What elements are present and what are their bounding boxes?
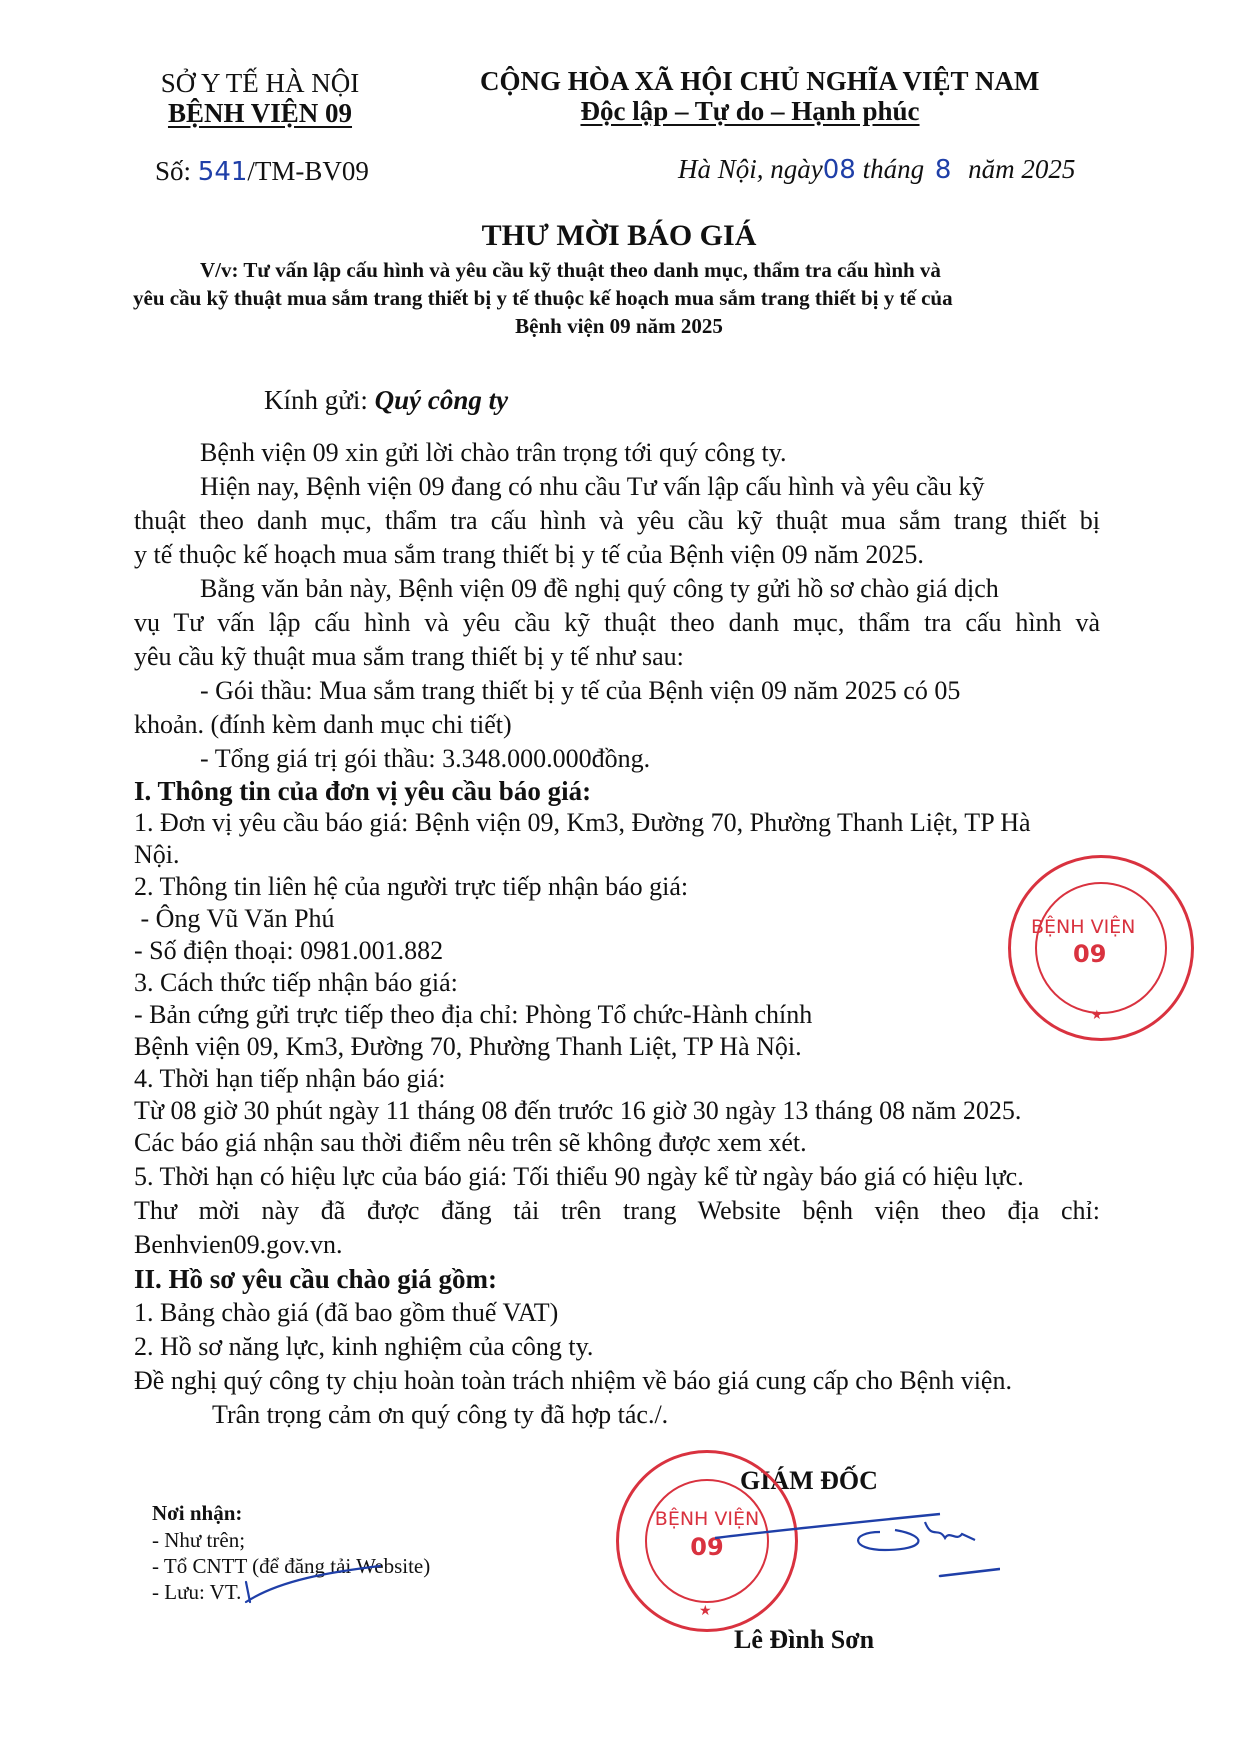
body-line: vụ Tư vấn lập cấu hình và yêu cầu kỹ thu… xyxy=(134,606,1100,640)
subject-line-1: V/v: Tư vấn lập cấu hình và yêu cầu kỹ t… xyxy=(200,256,941,284)
signature-scribble-icon xyxy=(700,1510,1000,1590)
date-month-handwritten: 8 xyxy=(935,155,952,185)
document-title: THƯ MỜI BÁO GIÁ xyxy=(0,218,1238,254)
section-1-line: Các báo giá nhận sau thời điểm nêu trên … xyxy=(134,1126,807,1160)
margin-seal-star-icon: ★ xyxy=(1091,1008,1103,1023)
section-1-line: 4. Thời hạn tiếp nhận báo giá: xyxy=(134,1062,445,1096)
section-2-heading: II. Hồ sơ yêu cầu chào giá gồm: xyxy=(134,1262,497,1296)
section-1-line: 2. Thông tin liên hệ của người trực tiếp… xyxy=(134,870,688,904)
recipients-heading: Nơi nhận: xyxy=(152,1500,242,1526)
subject-line-3: Bệnh viện 09 năm 2025 xyxy=(0,312,1238,340)
section-1-line: 3. Cách thức tiếp nhận báo giá: xyxy=(134,966,458,1000)
salutation-recipient: Quý công ty xyxy=(375,385,508,415)
national-motto-text: Độc lập – Tự do – Hạnh phúc xyxy=(580,96,919,126)
section-1-heading: I. Thông tin của đơn vị yêu cầu báo giá: xyxy=(134,774,591,808)
recipient-item: - Như trên; xyxy=(152,1527,245,1553)
body-line: Hiện nay, Bệnh viện 09 đang có nhu cầu T… xyxy=(200,470,984,504)
section-1-line: Từ 08 giờ 30 phút ngày 11 tháng 08 đến t… xyxy=(134,1094,1021,1128)
handwritten-mark-icon xyxy=(240,1560,400,1610)
section-1-line: Nội. xyxy=(134,838,180,872)
agency-name: SỞ Y TẾ HÀ NỘI xyxy=(150,66,370,100)
document-number-handwritten: 541 xyxy=(198,157,248,187)
document-number-suffix: /TM-BV09 xyxy=(247,156,369,186)
hospital-name-text: BỆNH VIỆN 09 xyxy=(168,98,352,128)
salutation: Kính gửi: Quý công ty xyxy=(264,383,508,417)
website-link[interactable]: Benhvien09.gov.vn. xyxy=(134,1228,342,1262)
stamp-star-icon: ★ xyxy=(699,1603,712,1619)
body-line: khoản. (đính kèm danh mục chi tiết) xyxy=(134,708,512,742)
margin-seal-text-2: 09 xyxy=(1073,940,1106,968)
section-1-line: 5. Thời hạn có hiệu lực của báo giá: Tối… xyxy=(134,1160,1024,1194)
section-2-line: 2. Hồ sơ năng lực, kinh nghiệm của công … xyxy=(134,1330,593,1364)
recipient-item: - Lưu: VT. xyxy=(152,1579,241,1605)
body-line: Bệnh viện 09 xin gửi lời chào trân trọng… xyxy=(200,436,787,470)
nation-title: CỘNG HÒA XÃ HỘI CHỦ NGHĨA VIỆT NAM xyxy=(480,64,1020,98)
section-1-line: Thư mời này đã được đăng tải trên trang … xyxy=(134,1194,1100,1228)
section-2-line: 1. Bảng chào giá (đã bao gồm thuế VAT) xyxy=(134,1296,558,1330)
section-2-line: Đề nghị quý công ty chịu hoàn toàn trách… xyxy=(134,1364,1012,1398)
section-1-line: - Bản cứng gửi trực tiếp theo địa chỉ: P… xyxy=(134,998,812,1032)
signer-name: Lê Đình Sơn xyxy=(734,1624,874,1656)
section-1-line: 1. Đơn vị yêu cầu báo giá: Bệnh viện 09,… xyxy=(134,806,1031,840)
body-line: - Tổng giá trị gói thầu: 3.348.000.000đồ… xyxy=(200,742,650,776)
date-day-handwritten: 08 xyxy=(823,155,856,185)
margin-seal-text-1: BỆNH VIỆN xyxy=(1031,916,1135,938)
national-motto: Độc lập – Tự do – Hạnh phúc xyxy=(480,94,1020,128)
body-line: y tế thuộc kế hoạch mua sắm trang thiết … xyxy=(134,538,924,572)
body-line: thuật theo danh mục, thẩm tra cấu hình v… xyxy=(134,504,1100,538)
body-line: Bằng văn bản này, Bệnh viện 09 đề nghị q… xyxy=(200,572,999,606)
date-prefix: Hà Nội, ngày xyxy=(678,154,823,184)
body-line: yêu cầu kỹ thuật mua sắm trang thiết bị … xyxy=(134,640,684,674)
subject-line-2: yêu cầu kỹ thuật mua sắm trang thiết bị … xyxy=(133,284,953,312)
closing-line: Trân trọng cảm ơn quý công ty đã hợp tác… xyxy=(212,1398,668,1432)
contact-phone: - Số điện thoại: 0981.001.882 xyxy=(134,934,443,968)
date-month-label: tháng xyxy=(863,154,925,184)
date-year: năm 2025 xyxy=(968,154,1075,184)
margin-seal-stamp: BỆNH VIỆN 09 ★ xyxy=(1008,855,1194,1041)
hospital-name: BỆNH VIỆN 09 xyxy=(150,96,370,130)
section-1-line: Bệnh viện 09, Km3, Đường 70, Phường Than… xyxy=(134,1030,802,1064)
body-line: - Gói thầu: Mua sắm trang thiết bị y tế … xyxy=(200,674,960,708)
contact-name: - Ông Vũ Văn Phú xyxy=(134,902,335,936)
document-number: Số: 541/TM-BV09 xyxy=(155,154,369,189)
document-date: Hà Nội, ngày08 tháng 8 năm 2025 xyxy=(678,152,1075,187)
salutation-label: Kính gửi: xyxy=(264,385,375,415)
document-number-prefix: Số: xyxy=(155,156,198,186)
